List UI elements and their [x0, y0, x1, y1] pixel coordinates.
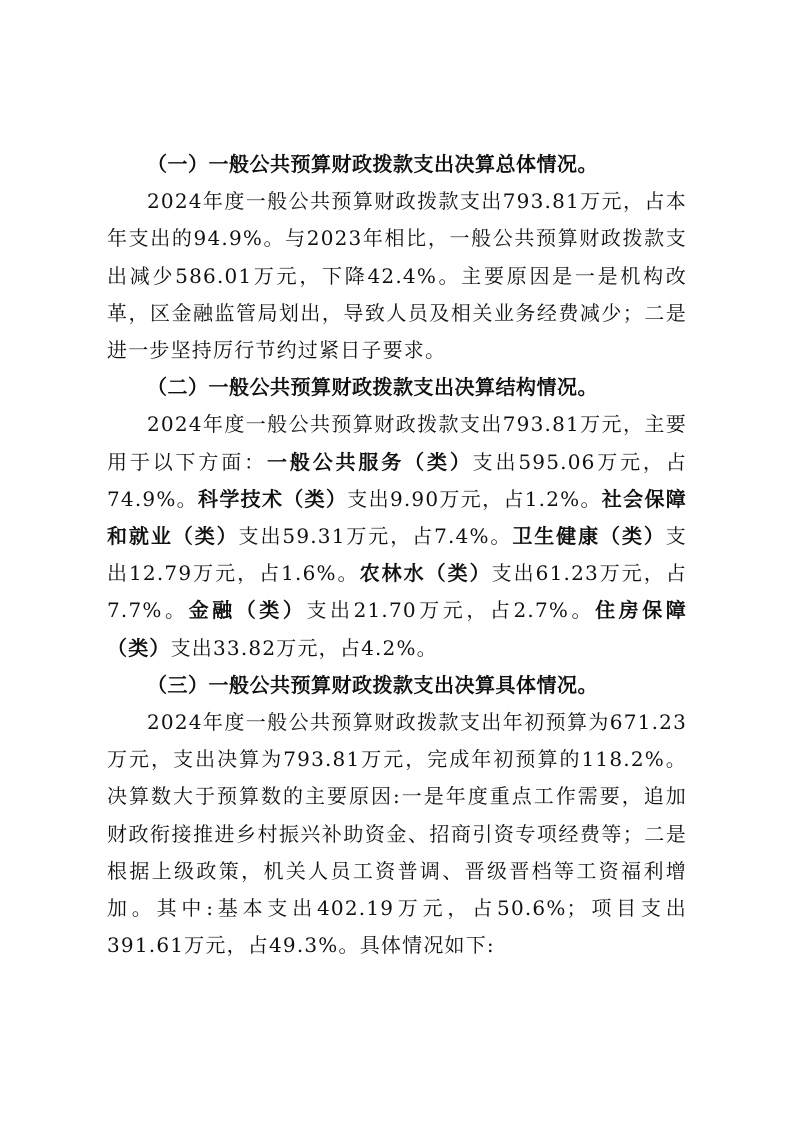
category-text: 支出59.31万元，占7.4%。 [239, 524, 513, 548]
section-3-paragraph: 2024年度一般公共预算财政拨款支出年初预算为671.23万元，支出决算为793… [107, 704, 687, 964]
section-2-paragraph: 2024年度一般公共预算财政拨款支出793.81万元，主要用于以下方面：一般公共… [107, 406, 687, 666]
category-label: 一般公共服务（类） [267, 450, 473, 474]
category-text: 支出33.82万元，占4.2%。 [171, 636, 438, 660]
category-label: 科学技术（类） [198, 487, 347, 511]
category-label: 农林水（类） [360, 561, 492, 585]
category-text: 支出21.70万元，占2.7%。 [306, 598, 595, 622]
document-page: （一）一般公共预算财政拨款支出决算总体情况。 2024年度一般公共预算财政拨款支… [107, 146, 687, 964]
section-2-heading: （二）一般公共预算财政拨款支出决算结构情况。 [107, 369, 687, 406]
section-1-heading: （一）一般公共预算财政拨款支出决算总体情况。 [107, 146, 687, 183]
section-3-heading: （三）一般公共预算财政拨款支出决算具体情况。 [107, 667, 687, 704]
section-1-paragraph: 2024年度一般公共预算财政拨款支出793.81万元，占本年支出的94.9%。与… [107, 183, 687, 369]
category-label: 金融（类） [189, 598, 307, 622]
category-label: 卫生健康（类） [512, 524, 665, 548]
category-text: 支出9.90万元，占1.2%。 [347, 487, 602, 511]
